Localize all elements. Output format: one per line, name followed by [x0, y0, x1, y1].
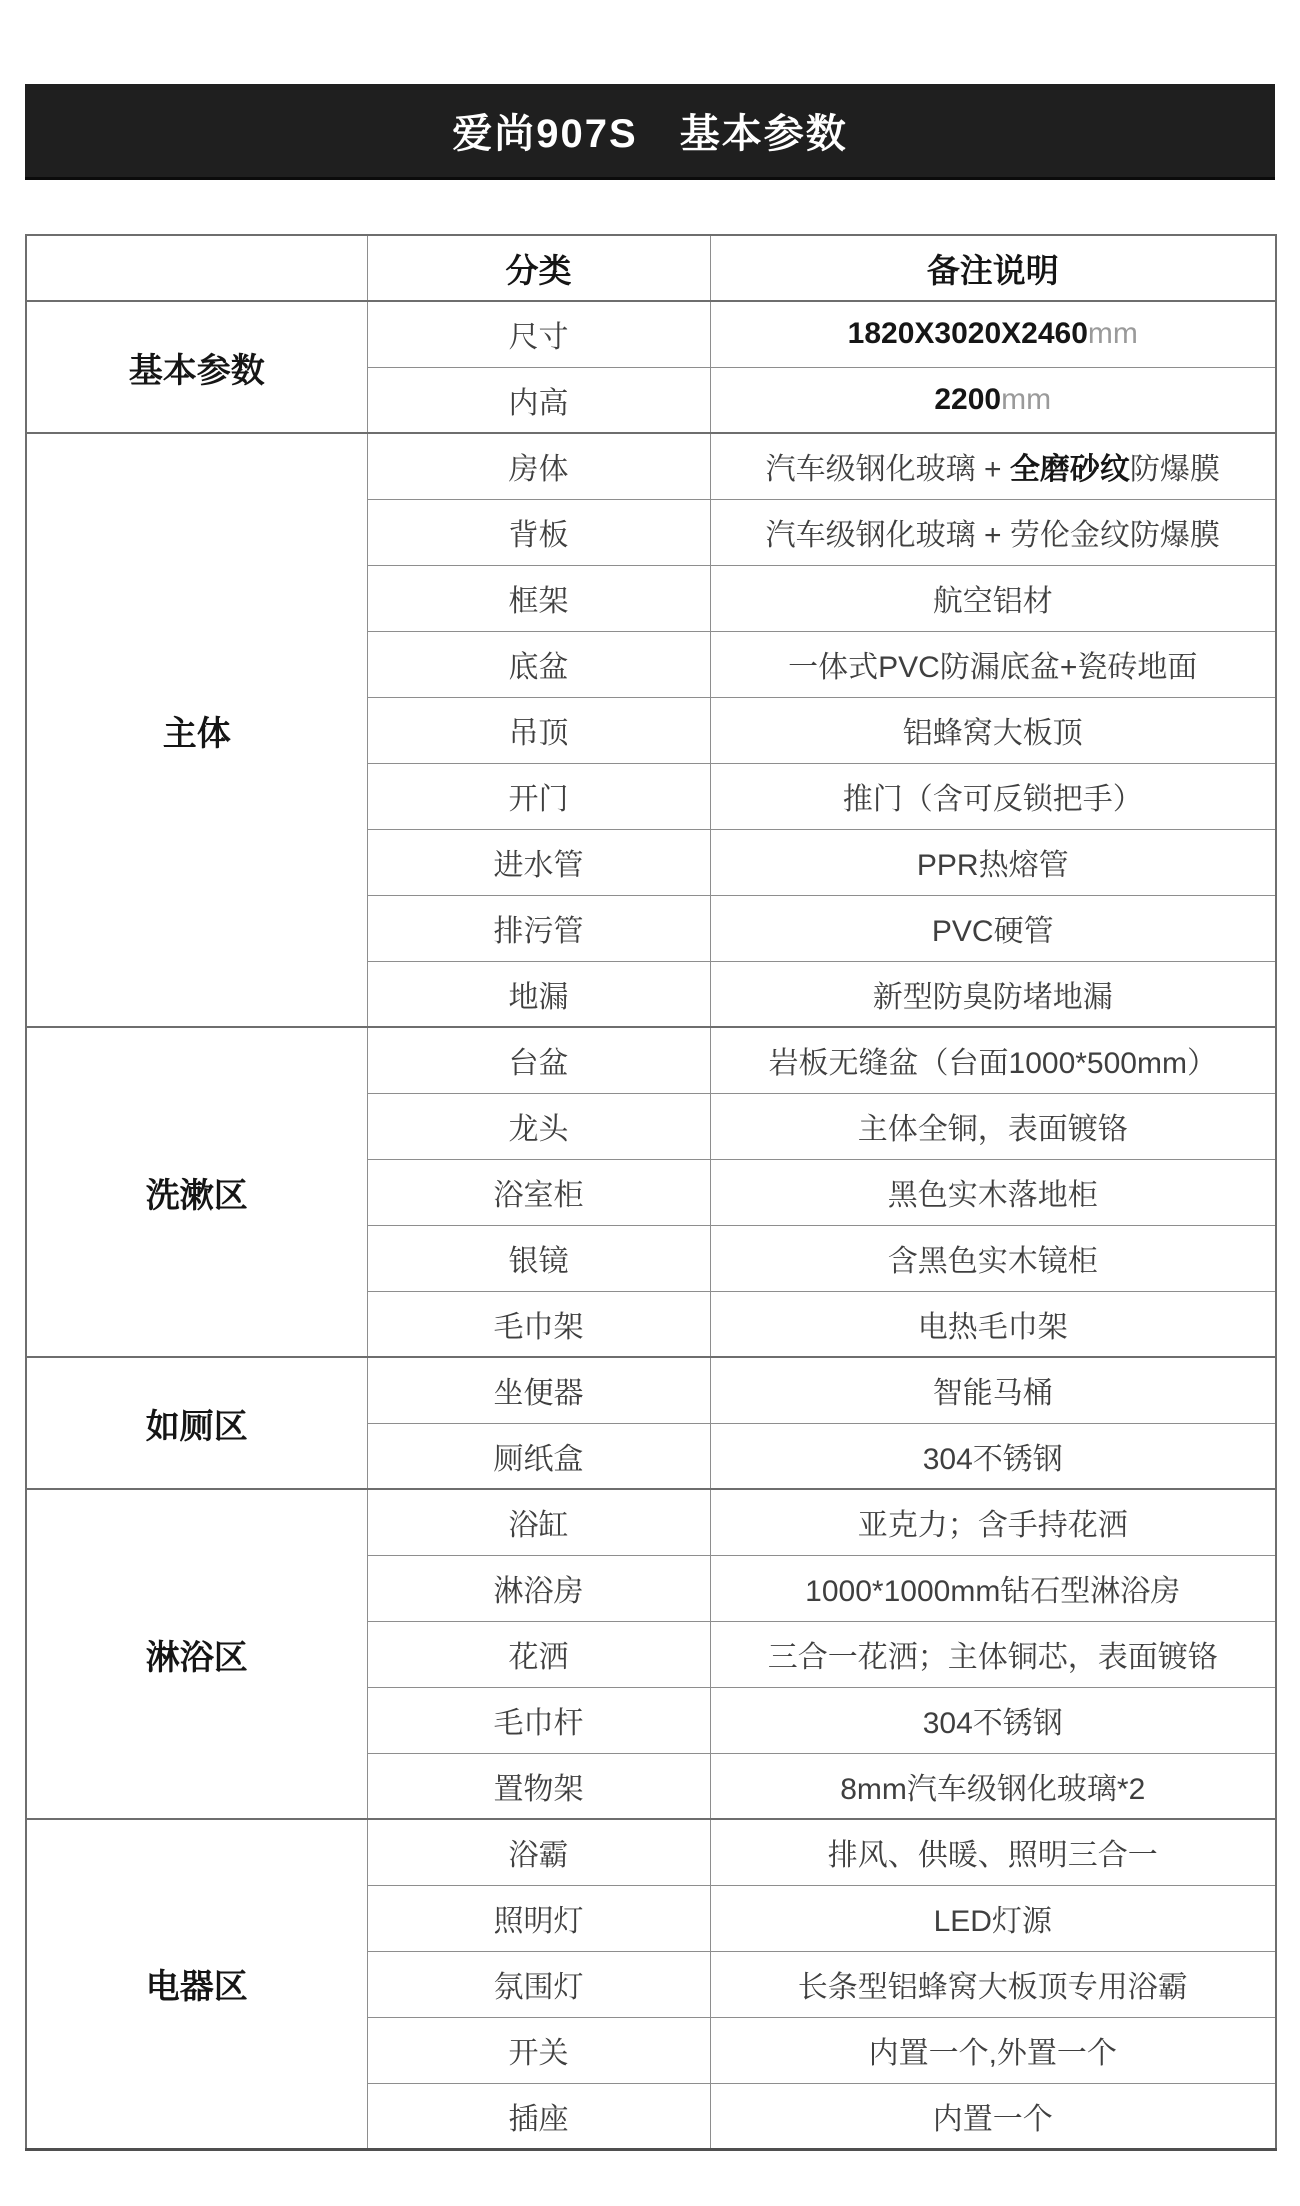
spec-value: 含黑色实木镜柜 — [710, 1225, 1276, 1291]
spec-label: 龙头 — [367, 1093, 710, 1159]
spec-value-segment: 主体全铜，表面镀铬 — [858, 1113, 1128, 1146]
spec-value: 三合一花洒；主体铜芯，表面镀铬 — [710, 1621, 1276, 1687]
spec-label: 花洒 — [367, 1621, 710, 1687]
spec-value-segment: 电热毛巾架 — [918, 1311, 1068, 1344]
spec-label: 排污管 — [367, 895, 710, 961]
spec-label: 照明灯 — [367, 1885, 710, 1951]
spec-table-body: 基本参数尺寸1820X3020X2460mm内高2200mm主体房体汽车级钢化玻… — [26, 301, 1276, 2149]
title-bar: 爱尚907S 基本参数 — [25, 84, 1275, 180]
spec-value-segment: PPR热熔管 — [917, 849, 1069, 882]
spec-value-segment: mm — [1001, 383, 1051, 416]
spec-value-segment: 推门（含可反锁把手） — [843, 783, 1143, 816]
spec-value-segment: 1820X3020X2460 — [848, 317, 1088, 350]
spec-value-segment: 长条型铝蜂窝大板顶专用浴霸 — [798, 1971, 1188, 2004]
spec-value: 一体式PVC防漏底盆+瓷砖地面 — [710, 631, 1276, 697]
spec-value: 304不锈钢 — [710, 1687, 1276, 1753]
spec-value: LED灯源 — [710, 1885, 1276, 1951]
spec-label: 进水管 — [367, 829, 710, 895]
section-label: 如厕区 — [26, 1357, 367, 1489]
spec-label: 坐便器 — [367, 1357, 710, 1423]
section-label: 电器区 — [26, 1819, 367, 2149]
spec-value-segment: 黑色实木落地柜 — [888, 1179, 1098, 1212]
header-remark: 备注说明 — [710, 235, 1276, 301]
spec-value: 304不锈钢 — [710, 1423, 1276, 1489]
spec-label: 地漏 — [367, 961, 710, 1027]
spec-value: 排风、供暖、照明三合一 — [710, 1819, 1276, 1885]
spec-value: 长条型铝蜂窝大板顶专用浴霸 — [710, 1951, 1276, 2017]
spec-value: 智能马桶 — [710, 1357, 1276, 1423]
spec-label: 吊顶 — [367, 697, 710, 763]
spec-sheet-page: 爱尚907S 基本参数 分类 备注说明 基本参数尺寸1820X3020X2460… — [0, 0, 1300, 2206]
header-row: 分类 备注说明 — [26, 235, 1276, 301]
spec-value: 内置一个,外置一个 — [710, 2017, 1276, 2083]
spec-value: 主体全铜，表面镀铬 — [710, 1093, 1276, 1159]
spec-table: 分类 备注说明 基本参数尺寸1820X3020X2460mm内高2200mm主体… — [25, 234, 1277, 2151]
spec-value: 铝蜂窝大板顶 — [710, 697, 1276, 763]
spec-label: 房体 — [367, 433, 710, 499]
page-title: 爱尚907S 基本参数 — [452, 102, 847, 159]
spec-value-segment: 汽车级钢化玻璃 + — [766, 453, 1010, 486]
spec-value: PVC硬管 — [710, 895, 1276, 961]
section-label: 洗漱区 — [26, 1027, 367, 1357]
spec-label: 开关 — [367, 2017, 710, 2083]
section-label: 基本参数 — [26, 301, 367, 433]
spec-table-header: 分类 备注说明 — [26, 235, 1276, 301]
spec-label: 背板 — [367, 499, 710, 565]
spec-value-segment: 新型防臭防堵地漏 — [873, 981, 1113, 1014]
spec-value: 推门（含可反锁把手） — [710, 763, 1276, 829]
table-row: 洗漱区台盆岩板无缝盆（台面1000*500mm） — [26, 1027, 1276, 1093]
spec-value: 内置一个 — [710, 2083, 1276, 2149]
spec-value: 汽车级钢化玻璃 + 全磨砂纹防爆膜 — [710, 433, 1276, 499]
spec-value-segment: 304不锈钢 — [923, 1707, 1063, 1740]
table-row: 淋浴区浴缸亚克力；含手持花洒 — [26, 1489, 1276, 1555]
spec-value-segment: 铝蜂窝大板顶 — [903, 717, 1083, 750]
spec-value-segment: 汽车级钢化玻璃 + 劳伦金纹防爆膜 — [766, 519, 1220, 552]
spec-label: 氛围灯 — [367, 1951, 710, 2017]
spec-value: 黑色实木落地柜 — [710, 1159, 1276, 1225]
spec-value-segment: 排风、供暖、照明三合一 — [828, 1839, 1158, 1872]
spec-value: 8mm汽车级钢化玻璃*2 — [710, 1753, 1276, 1819]
header-category: 分类 — [367, 235, 710, 301]
spec-value-segment: 全磨砂纹 — [1010, 453, 1130, 486]
spec-value: 岩板无缝盆（台面1000*500mm） — [710, 1027, 1276, 1093]
table-row: 电器区浴霸排风、供暖、照明三合一 — [26, 1819, 1276, 1885]
spec-value-segment: 亚克力；含手持花洒 — [858, 1509, 1128, 1542]
spec-label: 尺寸 — [367, 301, 710, 367]
spec-value: 2200mm — [710, 367, 1276, 433]
spec-label: 厕纸盒 — [367, 1423, 710, 1489]
spec-value-segment: 含黑色实木镜柜 — [888, 1245, 1098, 1278]
spec-value-segment: 航空铝材 — [933, 585, 1053, 618]
spec-label: 开门 — [367, 763, 710, 829]
spec-label: 浴霸 — [367, 1819, 710, 1885]
spec-label: 框架 — [367, 565, 710, 631]
spec-value: PPR热熔管 — [710, 829, 1276, 895]
spec-label: 浴缸 — [367, 1489, 710, 1555]
spec-label: 内高 — [367, 367, 710, 433]
section-label: 主体 — [26, 433, 367, 1027]
spec-value-segment: 岩板无缝盆（台面1000*500mm） — [769, 1047, 1217, 1080]
table-row: 基本参数尺寸1820X3020X2460mm — [26, 301, 1276, 367]
spec-value-segment: 防爆膜 — [1130, 453, 1220, 486]
spec-label: 置物架 — [367, 1753, 710, 1819]
spec-label: 银镜 — [367, 1225, 710, 1291]
spec-value-segment: 智能马桶 — [933, 1377, 1053, 1410]
header-empty-cell — [26, 235, 367, 301]
spec-label: 淋浴房 — [367, 1555, 710, 1621]
spec-value: 新型防臭防堵地漏 — [710, 961, 1276, 1027]
spec-label: 毛巾杆 — [367, 1687, 710, 1753]
spec-value-segment: 8mm汽车级钢化玻璃*2 — [840, 1773, 1145, 1806]
spec-label: 插座 — [367, 2083, 710, 2149]
spec-value: 亚克力；含手持花洒 — [710, 1489, 1276, 1555]
spec-label: 毛巾架 — [367, 1291, 710, 1357]
spec-value-segment: 内置一个 — [933, 2103, 1053, 2136]
spec-value-segment: 1000*1000mm钻石型淋浴房 — [805, 1575, 1180, 1608]
spec-value: 汽车级钢化玻璃 + 劳伦金纹防爆膜 — [710, 499, 1276, 565]
spec-value: 航空铝材 — [710, 565, 1276, 631]
spec-label: 底盆 — [367, 631, 710, 697]
section-label: 淋浴区 — [26, 1489, 367, 1819]
spec-value: 1000*1000mm钻石型淋浴房 — [710, 1555, 1276, 1621]
spec-value-segment: 内置一个,外置一个 — [869, 2037, 1117, 2070]
table-row: 主体房体汽车级钢化玻璃 + 全磨砂纹防爆膜 — [26, 433, 1276, 499]
spec-value: 电热毛巾架 — [710, 1291, 1276, 1357]
spec-label: 台盆 — [367, 1027, 710, 1093]
spec-value-segment: 一体式PVC防漏底盆+瓷砖地面 — [788, 651, 1197, 684]
table-row: 如厕区坐便器智能马桶 — [26, 1357, 1276, 1423]
spec-value-segment: mm — [1088, 317, 1138, 350]
spec-value: 1820X3020X2460mm — [710, 301, 1276, 367]
spec-label: 浴室柜 — [367, 1159, 710, 1225]
spec-value-segment: 三合一花洒；主体铜芯，表面镀铬 — [768, 1641, 1218, 1674]
spec-value-segment: 304不锈钢 — [923, 1443, 1063, 1476]
spec-value-segment: 2200 — [934, 383, 1001, 416]
spec-value-segment: PVC硬管 — [932, 915, 1054, 948]
spec-value-segment: LED灯源 — [934, 1905, 1052, 1938]
